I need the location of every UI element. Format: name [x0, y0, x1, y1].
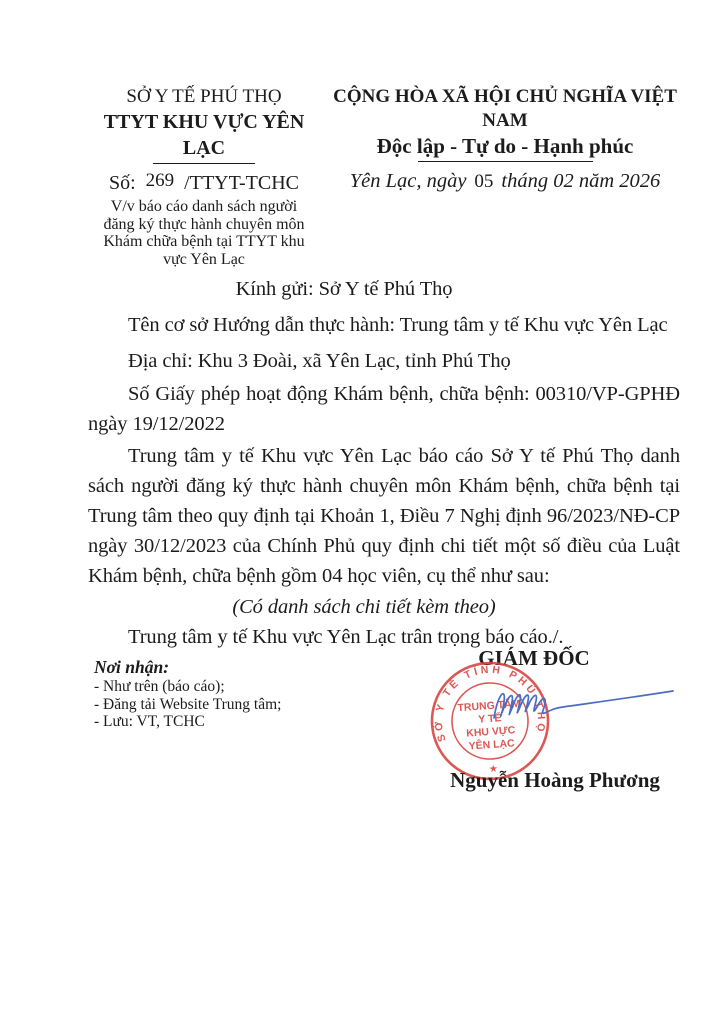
date-day: 05 — [474, 169, 493, 195]
signature-stroke — [494, 691, 673, 718]
signature-section: Nơi nhận: - Như trên (báo cáo); - Đăng t… — [88, 656, 680, 906]
recipient-item: - Như trên (báo cáo); — [94, 678, 281, 696]
handwritten-signature — [488, 674, 688, 732]
facility-line: Tên cơ sở Hướng dẫn thực hành: Trung tâm… — [88, 310, 680, 340]
date-prefix: Yên Lạc, ngày — [350, 170, 467, 192]
address-line: Địa chỉ: Khu 3 Đoài, xã Yên Lạc, tỉnh Ph… — [88, 346, 680, 376]
recipient-item: - Đăng tải Website Trung tâm; — [94, 696, 281, 714]
recipients-label: Nơi nhận: — [94, 656, 281, 678]
official-letter-page: SỞ Y TẾ PHÚ THỌ TTYT KHU VỰC YÊN LẠC Số:… — [0, 0, 724, 1024]
number-label: Số: — [109, 172, 136, 194]
national-motto: Độc lập - Tự do - Hạnh phúc — [330, 133, 680, 159]
main-paragraph: Trung tâm y tế Khu vực Yên Lạc báo cáo S… — [88, 441, 680, 591]
license-line: Số Giấy phép hoạt động Khám bệnh, chữa b… — [88, 379, 680, 439]
national-title: CỘNG HÒA XÃ HỘI CHỦ NGHĨA VIỆT NAM — [330, 85, 680, 133]
number-value: 269 — [146, 168, 175, 194]
salutation: Kính gửi: Sở Y tế Phú Thọ — [48, 274, 640, 304]
org-underline — [153, 163, 255, 164]
motto-underline — [418, 161, 593, 162]
recipients-block: Nơi nhận: - Như trên (báo cáo); - Đăng t… — [94, 656, 281, 731]
subject-abstract: V/v báo cáo danh sách người đăng ký thực… — [94, 198, 314, 268]
number-suffix: /TTYT-TCHC — [184, 172, 299, 194]
attachment-note: (Có danh sách chi tiết kèm theo) — [68, 592, 660, 622]
document-number-line: Số:269/TTYT-TCHC — [88, 170, 320, 197]
date-suffix: tháng 02 năm 2026 — [501, 170, 660, 192]
place-date-line: Yên Lạc, ngày05tháng 02 năm 2026 — [330, 168, 680, 195]
signer-name: Nguyễn Hoàng Phương — [450, 768, 660, 793]
parent-org-name: SỞ Y TẾ PHÚ THỌ — [88, 85, 320, 109]
letterhead: SỞ Y TẾ PHÚ THỌ TTYT KHU VỰC YÊN LẠC Số:… — [88, 85, 680, 268]
issuing-org-block: SỞ Y TẾ PHÚ THỌ TTYT KHU VỰC YÊN LẠC Số:… — [88, 85, 320, 268]
recipient-item: - Lưu: VT, TCHC — [94, 713, 281, 731]
national-motto-block: CỘNG HÒA XÃ HỘI CHỦ NGHĨA VIỆT NAM Độc l… — [330, 85, 680, 268]
org-name: TTYT KHU VỰC YÊN LẠC — [88, 109, 320, 161]
